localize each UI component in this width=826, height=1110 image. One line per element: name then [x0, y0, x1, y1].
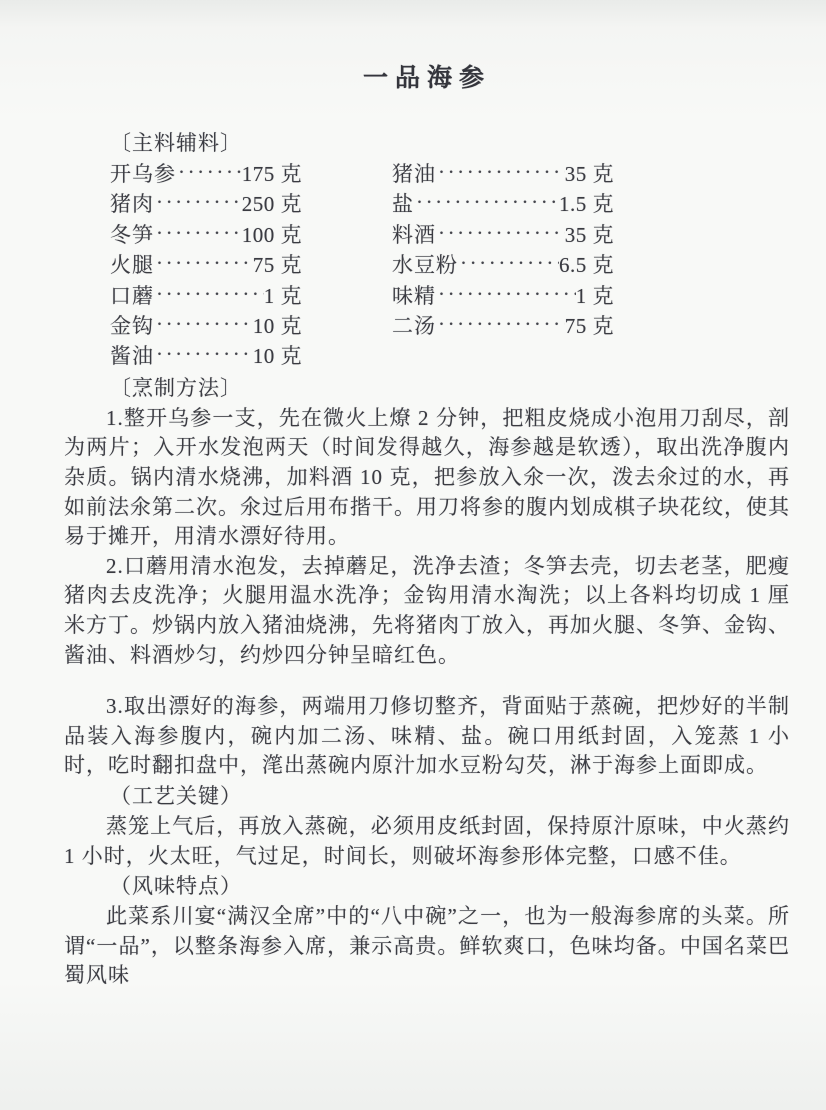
- scanned-recipe-page: 一品海参 〔主料辅料〕 开乌参175 克猪肉250 克冬笋100 克火腿75 克…: [0, 0, 826, 1110]
- ingredient-row: 猪肉250 克: [110, 189, 302, 219]
- ingredient-row: 酱油10 克: [110, 341, 302, 371]
- page-title: 一品海参: [64, 58, 790, 94]
- ingredient-name: 料酒: [392, 220, 436, 250]
- dot-leader: [436, 279, 576, 309]
- craft-text: 蒸笼上气后，再放入蒸碗，必须用皮纸封固，保持原汁原味，中火蒸约 1 小时，火太旺…: [64, 812, 790, 871]
- ingredient-name: 味精: [392, 281, 436, 311]
- ingredients-table: 开乌参175 克猪肉250 克冬笋100 克火腿75 克口蘑1 克金钩10 克酱…: [110, 159, 790, 372]
- ingredient-amount: 6.5 克: [559, 250, 614, 280]
- ingredient-amount: 250 克: [242, 189, 302, 219]
- dot-leader: [154, 248, 253, 278]
- ingredient-amount: 175 克: [242, 159, 302, 189]
- ingredients-header: 〔主料辅料〕: [110, 128, 790, 159]
- craft-header: （工艺关键）: [110, 781, 790, 812]
- ingredient-name: 猪油: [392, 159, 436, 189]
- dot-leader: [176, 157, 242, 187]
- ingredient-row: 味精1 克: [392, 281, 614, 311]
- ingredient-name: 火腿: [110, 250, 154, 280]
- ingredients-column-right: 猪油35 克盐1.5 克料酒35 克水豆粉6.5 克味精1 克二汤75 克: [392, 159, 614, 372]
- ingredient-amount: 10 克: [253, 311, 302, 341]
- ingredient-amount: 1.5 克: [559, 189, 614, 219]
- ingredient-amount: 100 克: [242, 220, 302, 250]
- ingredient-name: 盐: [392, 189, 414, 219]
- dot-leader: [414, 187, 559, 217]
- ingredient-row: 金钩10 克: [110, 311, 302, 341]
- ingredients-column-left: 开乌参175 克猪肉250 克冬笋100 克火腿75 克口蘑1 克金钩10 克酱…: [110, 159, 302, 372]
- ingredient-name: 酱油: [110, 341, 154, 371]
- ingredient-row: 二汤75 克: [392, 311, 614, 341]
- dot-leader: [436, 309, 565, 339]
- dot-leader: [154, 309, 253, 339]
- ingredient-name: 水豆粉: [392, 250, 458, 280]
- dot-leader: [154, 218, 242, 248]
- ingredient-row: 火腿75 克: [110, 250, 302, 280]
- dot-leader: [154, 339, 253, 369]
- ingredient-amount: 75 克: [253, 250, 302, 280]
- ingredient-name: 金钩: [110, 311, 154, 341]
- dot-leader: [436, 157, 565, 187]
- ingredient-row: 盐1.5 克: [392, 189, 614, 219]
- method-step-3: 3.取出漂好的海参，两端用刀修切整齐，背面贴于蒸碗，把炒好的半制品装入海参腹内，…: [64, 692, 790, 781]
- ingredient-amount: 75 克: [565, 311, 614, 341]
- ingredient-row: 口蘑1 克: [110, 281, 302, 311]
- ingredient-row: 料酒35 克: [392, 220, 614, 250]
- dot-leader: [436, 218, 565, 248]
- ingredient-name: 冬笋: [110, 220, 154, 250]
- method-step-1: 1.整开乌参一支，先在微火上燎 2 分钟，把粗皮烧成小泡用刀刮尽，剖为两片；入开…: [64, 404, 790, 552]
- ingredient-amount: 1 克: [264, 281, 302, 311]
- ingredient-amount: 35 克: [565, 159, 614, 189]
- ingredient-name: 二汤: [392, 311, 436, 341]
- method-step-2: 2.口蘑用清水泡发，去掉蘑足，洗净去渣；冬笋去壳，切去老茎，肥瘦猪肉去皮洗净；火…: [64, 552, 790, 670]
- ingredient-amount: 35 克: [565, 220, 614, 250]
- ingredient-name: 口蘑: [110, 281, 154, 311]
- ingredient-row: 猪油35 克: [392, 159, 614, 189]
- dot-leader: [154, 279, 264, 309]
- ingredient-row: 冬笋100 克: [110, 220, 302, 250]
- flavor-text: 此菜系川宴“满汉全席”中的“八中碗”之一，也为一般海参席的头菜。所谓“一品”，以…: [64, 902, 790, 991]
- dot-leader: [154, 187, 242, 217]
- ingredient-amount: 1 克: [576, 281, 614, 311]
- dot-leader: [458, 248, 559, 278]
- ingredient-name: 开乌参: [110, 159, 176, 189]
- method-header: 〔烹制方法〕: [110, 373, 790, 404]
- ingredient-amount: 10 克: [253, 341, 302, 371]
- ingredient-row: 水豆粉6.5 克: [392, 250, 614, 280]
- ingredient-name: 猪肉: [110, 189, 154, 219]
- ingredient-row: 开乌参175 克: [110, 159, 302, 189]
- flavor-header: （风味特点）: [110, 871, 790, 902]
